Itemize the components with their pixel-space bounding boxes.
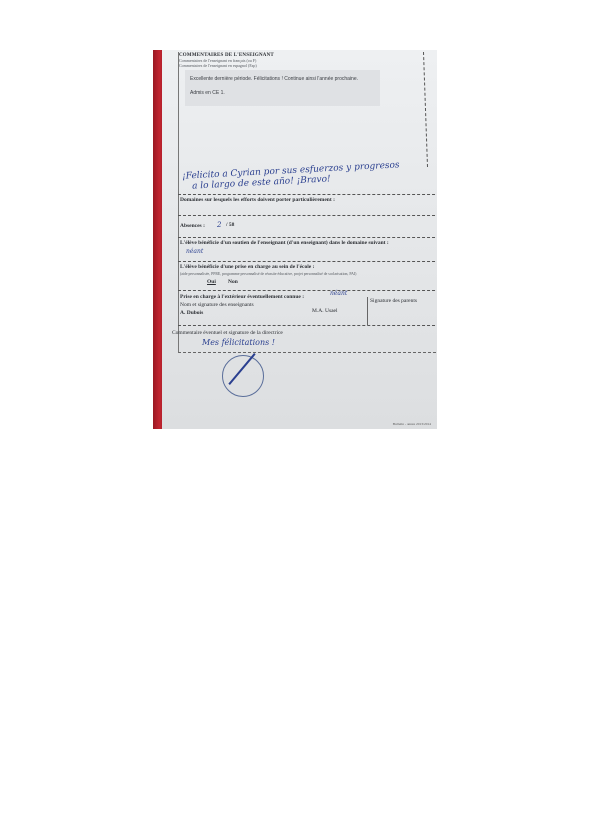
- absences-value: 2: [217, 221, 221, 229]
- teacher-name-1: A. Dubois: [180, 310, 203, 316]
- external-care-value: néant: [330, 290, 347, 297]
- teacher-name-2: M.A. Usael: [312, 308, 338, 314]
- divider: [178, 325, 437, 326]
- school-care-oui: Oui: [207, 279, 216, 285]
- divider: [178, 290, 437, 291]
- teacher-comment-line2: Admis en CE 1.: [190, 90, 225, 96]
- improvement-areas-label: Domaines sur lesquels les efforts doiven…: [180, 197, 335, 203]
- parents-signature-label: Signature des parents: [370, 298, 417, 304]
- support-label: L'élève bénéficie d'un soutien de l'ense…: [180, 240, 389, 246]
- divider: [178, 194, 437, 195]
- teachers-names-label: Nom et signature des enseignants: [180, 302, 254, 308]
- teacher-comment-line1: Excellente dernière période. Félicitatio…: [190, 76, 358, 82]
- divider: [178, 215, 437, 216]
- divider: [178, 237, 437, 238]
- school-care-label: L'élève bénéficie d'une prise en charge …: [180, 264, 314, 270]
- director-comment-label: Commentaire éventuel et signature de la …: [172, 330, 283, 336]
- school-stamp: [222, 355, 264, 397]
- director-handwritten-comment: Mes félicitations !: [202, 338, 275, 347]
- absences-label: Absences :: [180, 223, 205, 229]
- absences-total: / 58: [226, 222, 234, 228]
- external-care-label: Prise en charge à l'extérieur éventuelle…: [180, 294, 304, 300]
- school-care-non: Non: [228, 279, 238, 285]
- school-care-details: (aide personnalisée, PPRE, programme per…: [180, 272, 356, 276]
- scanned-document-photo: COMMENTAIRES DE L'ENSEIGNANT Commentaire…: [153, 50, 437, 429]
- binder-edge: [153, 50, 162, 429]
- support-value: néant: [186, 248, 203, 255]
- divider: [178, 261, 437, 262]
- page-footer: Bulletin - année 2013/2014: [393, 422, 431, 426]
- header-subtitle-es: Commentaires de l'enseignant en espagnol…: [179, 63, 257, 68]
- report-sheet: COMMENTAIRES DE L'ENSEIGNANT Commentaire…: [162, 50, 437, 429]
